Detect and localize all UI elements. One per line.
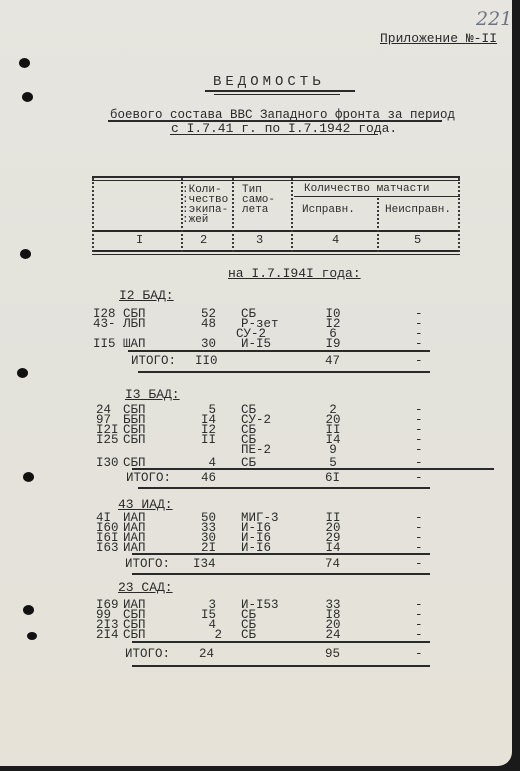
title-underline (214, 94, 340, 95)
header-aircraft-type: Тип само- лета (242, 185, 275, 215)
total-label: ИТОГО: (125, 557, 170, 571)
column-separator (377, 198, 379, 252)
aircraft-type: И-I5 (241, 339, 271, 349)
document-title: ВЕДОМОСТЬ (213, 74, 325, 90)
column-number: 3 (256, 233, 263, 247)
regiment-type: СБП (123, 435, 146, 445)
unserviceable-count: - (415, 458, 423, 468)
table-row: 2I3 СБП 4 СБ 20 - (0, 620, 520, 630)
total-crew: II0 (195, 354, 218, 368)
binder-hole (17, 368, 28, 378)
total-unserviceable: - (415, 647, 423, 661)
aircraft-type: И-I6 (241, 543, 271, 553)
group-title: 23 САД: (118, 580, 173, 595)
serviceable-count: 24 (322, 630, 344, 640)
crew-count: 2 (192, 630, 222, 640)
aircraft-type: СБ (241, 458, 256, 468)
column-number: 4 (332, 233, 339, 247)
serviceable-count: 9 (322, 445, 344, 455)
crew-count: 48 (186, 319, 216, 329)
document-page: 221 Приложение №-II ВЕДОМОСТЬ боевого со… (0, 0, 512, 766)
header-unserviceable: Неисправн. (385, 205, 451, 215)
divider (92, 180, 460, 181)
column-number: 5 (414, 233, 421, 247)
column-number: 2 (200, 233, 207, 247)
unserviceable-count: - (415, 543, 423, 553)
total-label: ИТОГО: (125, 647, 170, 661)
unserviceable-count: - (415, 445, 423, 455)
divider (294, 196, 460, 197)
total-crew: 46 (201, 471, 216, 485)
binder-hole (22, 92, 33, 102)
header-materiel-count: Количество матчасти (304, 184, 429, 194)
table-row: 99 СБП I5 СБ I8 - (0, 610, 520, 620)
subtotal-rule (132, 553, 430, 555)
header-crew-count: :Коли- :чество :экипа- :жей (182, 185, 228, 225)
total-rule (132, 665, 430, 667)
aircraft-type: СБ (241, 630, 256, 640)
group-title: 43 ИАД: (118, 497, 173, 512)
serviceable-count: I4 (322, 543, 344, 553)
total-rule (138, 487, 430, 489)
regiment-number: I63 (96, 543, 119, 553)
regiment-number: 2I4 (96, 630, 119, 640)
regiment-number: I25 (96, 435, 119, 445)
column-separator (232, 178, 234, 252)
divider (92, 254, 460, 255)
total-rule (132, 573, 430, 575)
total-serviceable: 6I (325, 471, 340, 485)
column-separator (291, 178, 293, 252)
total-unserviceable: - (415, 557, 423, 571)
total-crew: 24 (199, 647, 214, 661)
table-row: I30 СБП 4 СБ 5 - (0, 458, 520, 468)
unserviceable-count: - (415, 630, 423, 640)
header-serviceable: Исправн. (302, 205, 355, 215)
crew-count: II (186, 435, 216, 445)
total-serviceable: 95 (325, 647, 340, 661)
divider (92, 230, 460, 232)
title-underline (205, 90, 355, 92)
regiment-number: 43- (93, 319, 116, 329)
subtotal-rule (128, 350, 430, 352)
regiment-number: II5 (93, 339, 116, 349)
divider (92, 250, 460, 252)
crew-count: 4 (186, 620, 216, 630)
total-serviceable: 74 (325, 557, 340, 571)
table-row: I63 ИАП 2I И-I6 I4 - (0, 543, 520, 553)
appendix-label: Приложение №-II (380, 31, 497, 46)
binder-hole (19, 58, 30, 68)
unserviceable-count: - (415, 339, 423, 349)
serviceable-count: I9 (322, 339, 344, 349)
column-number: I (136, 233, 143, 247)
subtotal-rule (132, 641, 430, 643)
regiment-type: СБП (123, 458, 146, 468)
regiment-type: СБП (123, 630, 146, 640)
total-unserviceable: - (415, 471, 423, 485)
total-label: ИТОГО: (131, 354, 176, 368)
total-rule (138, 371, 430, 373)
regiment-type: ШАП (123, 339, 146, 349)
period-heading: на I.7.I94I года: (228, 266, 361, 281)
aircraft-type: ПЕ-2 (241, 445, 271, 455)
crew-count: 4 (186, 458, 216, 468)
crew-count: 30 (186, 339, 216, 349)
binder-hole (20, 249, 31, 259)
total-label: ИТОГО: (126, 471, 171, 485)
column-separator (92, 178, 94, 252)
total-unserviceable: - (415, 354, 423, 368)
table-row: 97 ББП I4 СУ-2 20 - (0, 415, 520, 425)
divider (92, 176, 460, 178)
table-row: ПЕ-2 9 - (0, 445, 520, 455)
binder-hole (23, 472, 34, 482)
subtotal-rule (132, 468, 494, 470)
handwritten-page-number: 221 (476, 8, 512, 30)
serviceable-count: 5 (322, 458, 344, 468)
group-title: I3 БАД: (125, 387, 180, 402)
regiment-type: ЛБП (123, 319, 146, 329)
total-serviceable: 47 (325, 354, 340, 368)
crew-count: 2I (186, 543, 216, 553)
column-separator (458, 178, 460, 252)
regiment-type: ИАП (123, 543, 146, 553)
table-row: 2I4 СБП 2 СБ 24 - (0, 630, 520, 640)
group-title: I2 БАД: (119, 288, 174, 303)
table-row: II5 ШАП 30 И-I5 I9 - (0, 339, 520, 349)
regiment-number: I30 (96, 458, 119, 468)
table-row: I2I СБП I2 СБ II - (0, 425, 520, 435)
subtitle-underline (170, 134, 378, 135)
table-header: :Коли- :чество :экипа- :жей Тип само- ле… (92, 176, 460, 252)
total-crew: I34 (193, 557, 216, 571)
table-row: I69 ИАП 3 И-I53 33 - (0, 600, 520, 610)
